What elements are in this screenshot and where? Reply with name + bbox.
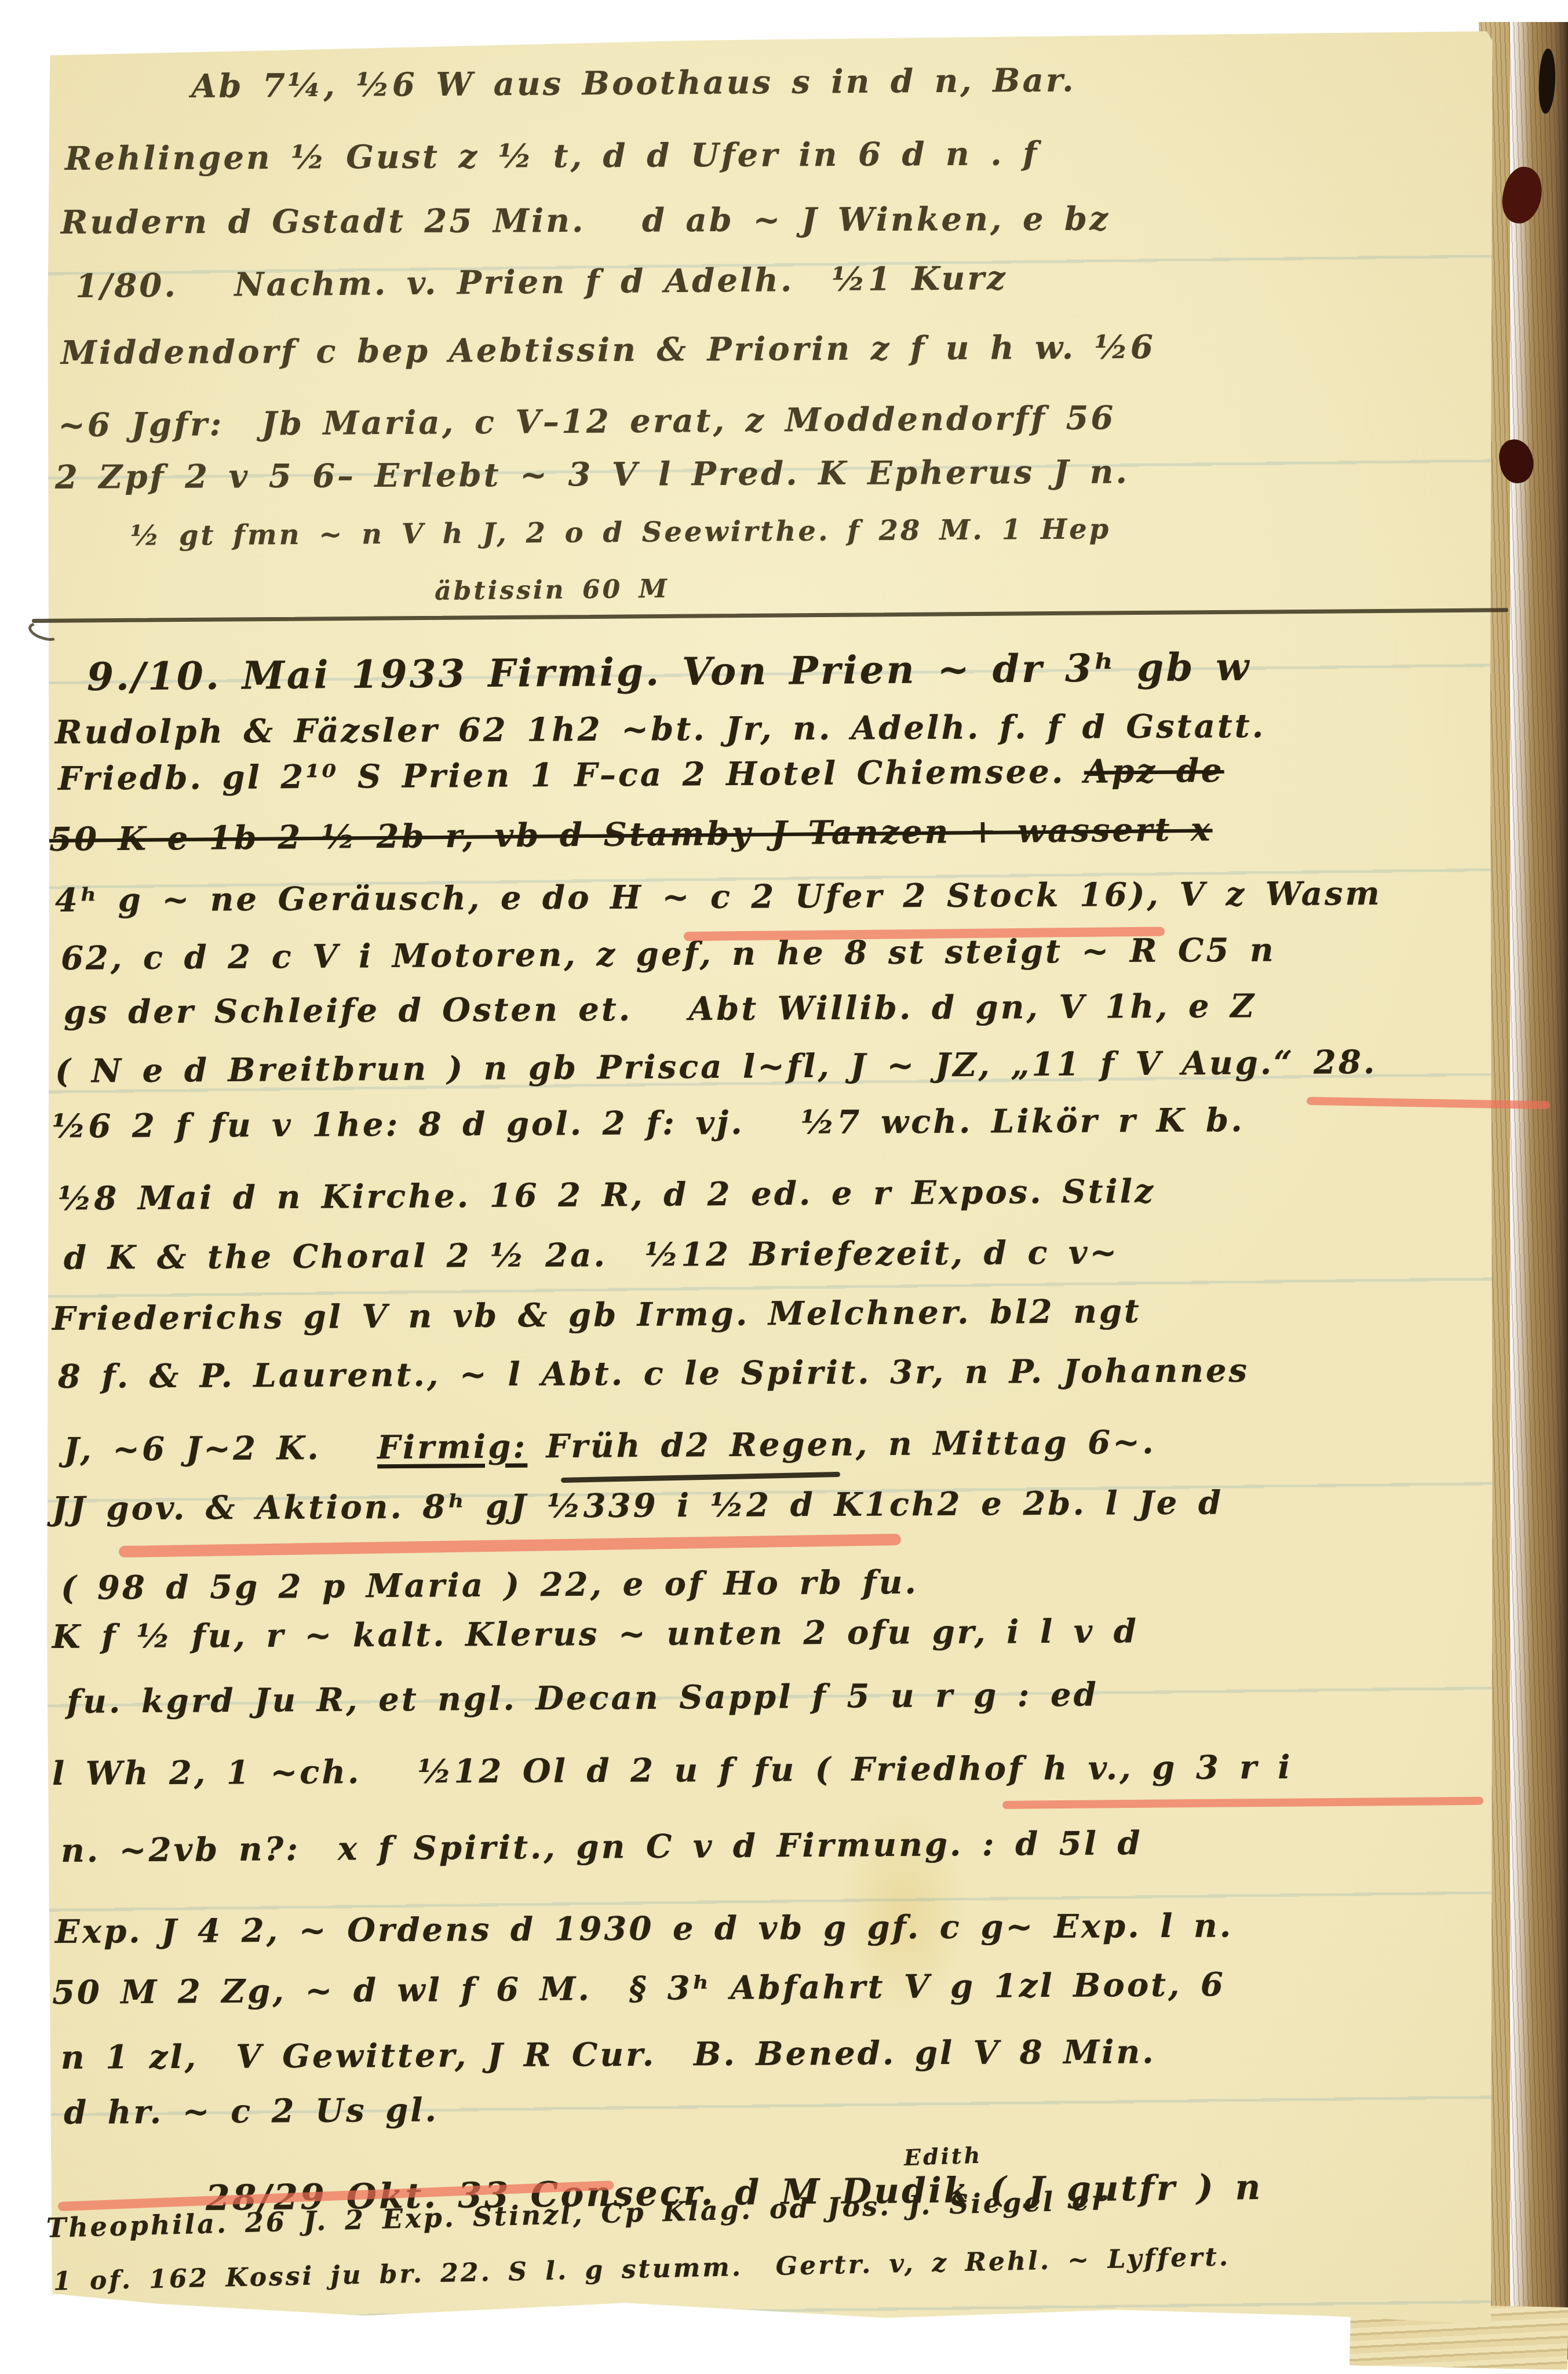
manuscript-line: J, ~6 J~2 K. Firmig: Früh d2 Regen, n Mi…: [64, 1426, 1156, 1466]
manuscript-line: 50 K e 1b 2 ½ 2b r, vb d Stamby J Tanzen…: [49, 813, 1213, 856]
line-text: Middendorf c bep Aebtissin & Priorin z f…: [61, 328, 1155, 372]
line-text: Rudern d Gstadt 25 Min. d ab ~ J Winken,…: [61, 200, 1110, 242]
manuscript-line: ½ gt fmn ~ n V h J, 2 o d Seewirthe. f 2…: [130, 515, 1111, 550]
line-text: 1 of. 162 Kossi ju br. 22. S l. g stumm.…: [53, 2242, 1230, 2296]
handdrawn-divider-rule: [32, 608, 1508, 623]
line-text: gs der Schleife d Osten et. Abt Willib. …: [64, 987, 1256, 1031]
manuscript-line: n. ~2vb n?: x f Spirit., gn C v d Firmun…: [61, 1827, 1143, 1867]
red-pencil-underline: [1307, 1097, 1550, 1109]
line-text: d K & the Choral 2 ½ 2a. ½12 Briefezeit,…: [64, 1233, 1120, 1277]
manuscript-line: fu. kgrd Ju R, et ngl. Decan Sappl f 5 u…: [67, 1679, 1099, 1718]
manuscript-line: d hr. ~ c 2 Us gl.: [64, 2094, 439, 2129]
line-text: äbtissin 60 M: [435, 574, 670, 606]
line-text: l Wh 2, 1 ~ch. ½12 Ol d 2 u f fu ( Fried…: [52, 1748, 1293, 1793]
manuscript-line: 1/80. Nachm. v. Prien f d Adelh. ½1 Kurz: [75, 262, 1008, 302]
manuscript-line: Edith: [903, 2144, 982, 2169]
line-text: Friederichs gl V n vb & gb Irmg. Melchne…: [52, 1292, 1142, 1338]
manuscript-line: 4ʰ g ~ ne Geräusch, e do H ~ c 2 Ufer 2 …: [55, 877, 1382, 917]
manuscript-line: Friedb. gl 2¹⁰ S Prien 1 F–ca 2 Hotel Ch…: [58, 754, 1224, 795]
struck-text: 50 K e 1b 2 ½ 2b r, vb d Stamby J Tanzen…: [49, 810, 1213, 859]
manuscript-line: Rehlingen ½ Gust z ½ t, d d Ufer in 6 d …: [65, 137, 1040, 175]
line-text: ½8 Mai d n Kirche. 16 2 R, d 2 ed. e r E…: [58, 1172, 1155, 1218]
manuscript-line: ( N e d Breitbrun ) n gb Prisca l~fl, J …: [55, 1046, 1377, 1088]
manuscript-line: 2 Zpf 2 v 5 6– Erlebt ~ 3 V l Pred. K Ep…: [55, 455, 1129, 494]
manuscript-line: d K & the Choral 2 ½ 2a. ½12 Briefezeit,…: [64, 1236, 1120, 1274]
line-text: 4ʰ g ~ ne Geräusch, e do H ~ c 2 Ufer 2 …: [55, 874, 1382, 920]
manuscript-line: Ab 7¼, ½6 W aus Boothaus s in d n, Bar.: [191, 64, 1076, 103]
struck-text: Apz de: [1084, 752, 1224, 791]
line-text: ½ gt fmn ~ n V h J, 2 o d Seewirthe. f 2…: [130, 513, 1111, 552]
handwriting-layer: Ab 7¼, ½6 W aus Boothaus s in d n, Bar.R…: [0, 0, 1568, 2374]
manuscript-line: ~6 Jgfr: Jb Maria, c V–12 erat, z Modden…: [58, 402, 1116, 442]
line-text: Rehlingen ½ Gust z ½ t, d d Ufer in 6 d …: [65, 134, 1040, 178]
manuscript-line: n 1 zl, V Gewitter, J R Cur. B. Bened. g…: [61, 2036, 1156, 2074]
line-text: K f ½ fu, r ~ kalt. Klerus ~ unten 2 ofu…: [52, 1612, 1139, 1656]
line-text: n 1 zl, V Gewitter, J R Cur. B. Bened. g…: [61, 2033, 1156, 2077]
manuscript-line: 62, c d 2 c V i Motoren, z gef, n he 8 s…: [61, 933, 1276, 975]
line-text: 8 f. & P. Laurent., ~ l Abt. c le Spirit…: [58, 1351, 1249, 1396]
line-text: JJ gov. & Aktion. 8ʰ gJ ½339 i ½2 d K1ch…: [52, 1483, 1223, 1528]
line-text: 9./10. Mai 1933 Firmig. Von Prien ~ dr 3…: [87, 644, 1252, 699]
ink-underline-firmig: [561, 1472, 840, 1483]
manuscript-line: Exp. J 4 2, ~ Ordens d 1930 e d vb g gf.…: [55, 1909, 1233, 1948]
manuscript-line: Rudern d Gstadt 25 Min. d ab ~ J Winken,…: [61, 203, 1110, 239]
line-text: ( N e d Breitbrun ) n gb Prisca l~fl, J …: [55, 1043, 1377, 1091]
line-text: 62, c d 2 c V i Motoren, z gef, n he 8 s…: [61, 931, 1276, 978]
manuscript-line: äbtissin 60 M: [435, 577, 670, 604]
line-text: fu. kgrd Ju R, et ngl. Decan Sappl f 5 u…: [67, 1676, 1099, 1721]
manuscript-line: JJ gov. & Aktion. 8ʰ gJ ½339 i ½2 d K1ch…: [52, 1486, 1223, 1525]
line-text: Exp. J 4 2, ~ Ordens d 1930 e d vb g gf.…: [55, 1906, 1233, 1951]
line-text: Früh d2 Regen, n Mittag 6~.: [527, 1423, 1156, 1466]
manuscript-line: 1 of. 162 Kossi ju br. 22. S l. g stumm.…: [53, 2244, 1231, 2295]
manuscript-line: Friederichs gl V n vb & gb Irmg. Melchne…: [52, 1295, 1142, 1335]
line-text: 2 Zpf 2 v 5 6– Erlebt ~ 3 V l Pred. K Ep…: [55, 453, 1129, 497]
line-text: Rudolph & Fäzsler 62 1h2 ~bt. Jr, n. Ade…: [55, 707, 1266, 752]
manuscript-line: 9./10. Mai 1933 Firmig. Von Prien ~ dr 3…: [87, 647, 1252, 696]
line-text: Edith: [903, 2142, 983, 2171]
underlined-word: Firmig:: [377, 1427, 527, 1467]
manuscript-line: ( 98 d 5g 2 p Maria ) 22, e of Ho rb fu.: [61, 1566, 918, 1604]
manuscript-line: gs der Schleife d Osten et. Abt Willib. …: [64, 990, 1256, 1029]
manuscript-line: ½6 2 f fu v 1he: 8 d gol. 2 f: vj. ½7 wc…: [52, 1104, 1245, 1143]
line-text: Ab 7¼, ½6 W aus Boothaus s in d n, Bar.: [191, 61, 1076, 105]
line-text: n. ~2vb n?: x f Spirit., gn C v d Firmun…: [61, 1824, 1143, 1870]
red-pencil-underline: [1002, 1797, 1483, 1809]
scanned-manuscript-screenshot: { "document": { "kind_label": "handwritt…: [0, 0, 1568, 2374]
line-text: 50 M 2 Zg, ~ d wl f 6 M. § 3ʰ Abfahrt V …: [52, 1965, 1226, 2012]
manuscript-line: ½8 Mai d n Kirche. 16 2 R, d 2 ed. e r E…: [58, 1175, 1155, 1215]
manuscript-line: 8 f. & P. Laurent., ~ l Abt. c le Spirit…: [58, 1354, 1249, 1393]
line-text: 1/80. Nachm. v. Prien f d Adelh. ½1 Kurz: [75, 259, 1008, 305]
manuscript-line: Rudolph & Fäzsler 62 1h2 ~bt. Jr, n. Ade…: [55, 710, 1266, 749]
line-text: ( 98 d 5g 2 p Maria ) 22, e of Ho rb fu.: [61, 1563, 918, 1607]
red-pencil-underline: [119, 1534, 901, 1558]
line-text: ~6 Jgfr: Jb Maria, c V–12 erat, z Modden…: [58, 399, 1116, 444]
line-text: ½6 2 f fu v 1he: 8 d gol. 2 f: vj. ½7 wc…: [52, 1101, 1245, 1146]
manuscript-line: 50 M 2 Zg, ~ d wl f 6 M. § 3ʰ Abfahrt V …: [52, 1968, 1226, 2009]
line-text: Friedb. gl 2¹⁰ S Prien 1 F–ca 2 Hotel Ch…: [58, 753, 1084, 798]
line-text: d hr. ~ c 2 Us gl.: [64, 2091, 439, 2132]
manuscript-line: l Wh 2, 1 ~ch. ½12 Ol d 2 u f fu ( Fried…: [52, 1751, 1293, 1790]
manuscript-line: K f ½ fu, r ~ kalt. Klerus ~ unten 2 ofu…: [52, 1615, 1139, 1653]
line-text: J, ~6 J~2 K.: [64, 1428, 378, 1469]
manuscript-line: Middendorf c bep Aebtissin & Priorin z f…: [61, 331, 1155, 369]
